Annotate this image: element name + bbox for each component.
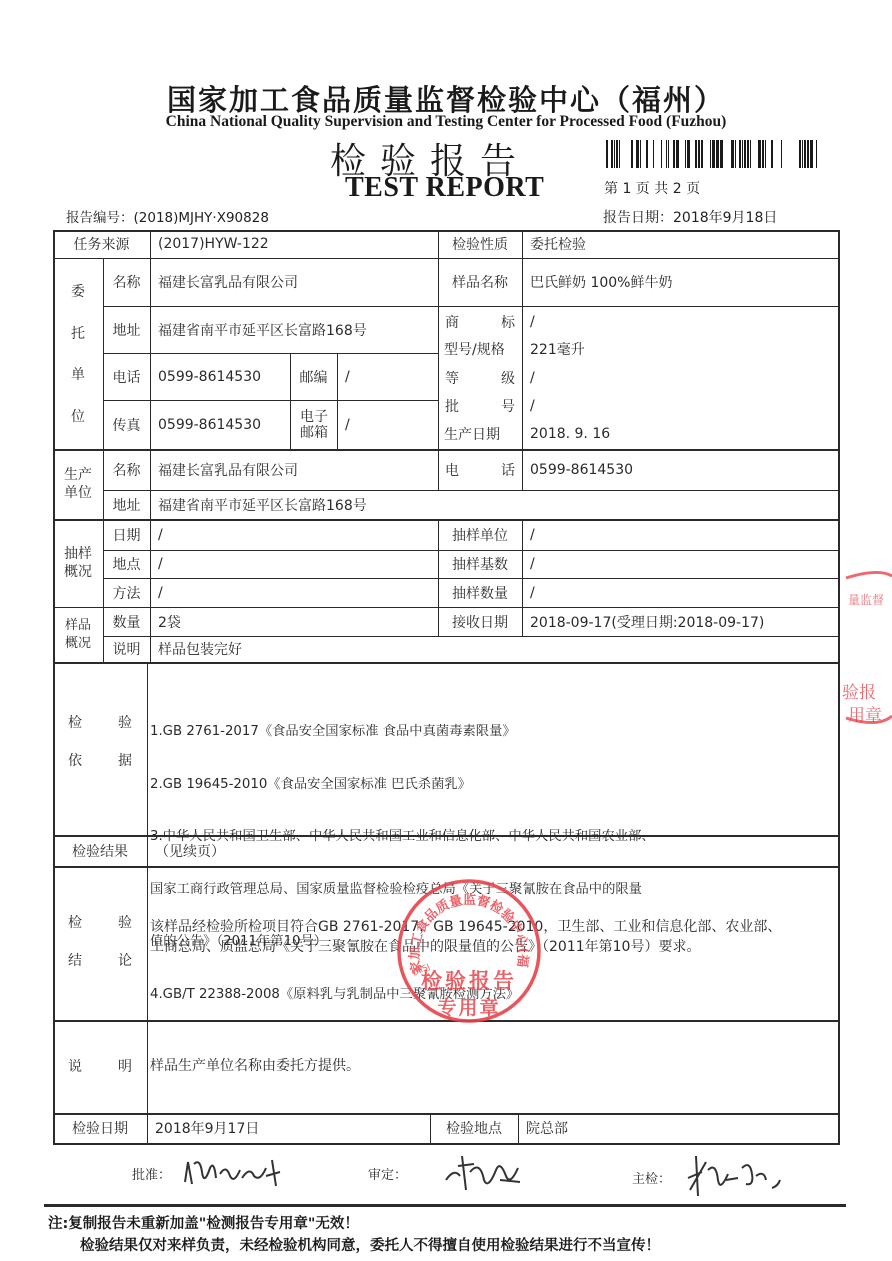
receive-date-label: 接收日期 <box>438 607 522 636</box>
model-label: 型号/规格 <box>444 337 505 361</box>
partial-seal-icon: 量监督 验报 用章 <box>838 566 892 726</box>
row-divider <box>53 662 840 664</box>
client-fax-value: 0599-8614530 <box>158 400 261 449</box>
client-postcode-label: 邮编 <box>290 353 337 400</box>
client-address-value: 福建省南平市延平区长富路168号 <box>158 306 367 353</box>
sample-quantity-value: 2袋 <box>158 607 181 636</box>
sample-note-label: 说明 <box>103 636 150 662</box>
sampling-place-label: 地点 <box>103 550 150 578</box>
sampling-unit-value: / <box>530 519 535 550</box>
client-group-char: 单 <box>71 364 85 384</box>
col-divider <box>518 1113 519 1143</box>
task-source-value: (2017)HYW-122 <box>158 230 269 258</box>
inspection-date-label: 检验日期 <box>53 1113 147 1143</box>
col-divider <box>150 230 151 662</box>
remarks-label-char: 说 <box>68 1056 82 1076</box>
inspection-place-value: 院总部 <box>526 1113 568 1143</box>
grade-value: / <box>530 366 535 390</box>
producer-phone-label-char: 电 <box>445 460 459 480</box>
client-email-value: / <box>345 400 350 449</box>
table-border-bottom <box>53 1143 840 1145</box>
report-date: 报告日期：2018年9月18日 <box>603 207 777 227</box>
conclusion-label-char: 结 <box>68 950 82 970</box>
conclusion-label-char: 检 <box>68 912 82 932</box>
svg-text:验报: 验报 <box>842 683 876 703</box>
sampling-date-label: 日期 <box>103 519 150 550</box>
trademark-value: / <box>530 310 535 334</box>
report-date-label: 报告日期： <box>603 210 673 226</box>
result-value: （见续页） <box>155 835 225 866</box>
batch-label-char: 号 <box>501 396 515 416</box>
approve-label: 批准： <box>132 1164 171 1183</box>
grade-label: 等级 <box>445 366 515 390</box>
footer-note-1: 注:复制报告未重新加盖"检测报告专用章"无效！ <box>48 1212 359 1233</box>
sampling-base-label: 抽样基数 <box>438 550 522 578</box>
model-value: 221毫升 <box>530 337 585 361</box>
sample-name-value: 巴氏鲜奶 100%鲜牛奶 <box>530 258 672 306</box>
row-divider <box>103 400 438 401</box>
producer-address-label: 地址 <box>103 490 150 519</box>
client-fax-label: 传真 <box>103 400 150 449</box>
footer-note-2: 检验结果仅对来样负责，未经检验机构同意，委托人不得擅自使用检验结果进行不当宣传！ <box>80 1234 660 1255</box>
grade-label-char: 等 <box>445 368 459 388</box>
sampling-quantity-label: 抽样数量 <box>438 578 522 607</box>
reviewer-signature-icon <box>440 1150 530 1195</box>
col-divider <box>522 230 523 491</box>
inspection-nature-value: 委托检验 <box>530 230 586 258</box>
report-date-value: 2018年9月18日 <box>673 210 777 226</box>
report-number: 报告编号：(2018)MJHY·X90828 <box>66 206 269 226</box>
client-group-char: 位 <box>71 406 85 426</box>
task-source-label: 任务来源 <box>53 230 150 258</box>
page-info: 第 1 页 共 2 页 <box>604 178 700 198</box>
sample-note-value: 样品包装完好 <box>158 636 242 662</box>
row-divider <box>438 306 840 307</box>
client-postcode-value: / <box>345 353 350 400</box>
conclusion-label: 检 验 结 论 <box>68 912 134 972</box>
grade-label-char: 级 <box>501 368 515 388</box>
sample-name-label: 样品名称 <box>438 258 522 306</box>
sampling-method-label: 方法 <box>103 578 150 607</box>
svg-text:专用章: 专用章 <box>437 996 500 1019</box>
basis-item: 3.中华人民共和国卫生部、中华人民共和国工业和信息化部、中华人民共和国农业部、 <box>150 828 655 846</box>
inspection-place-label: 检验地点 <box>430 1113 518 1143</box>
organization-name-en: China National Quality Supervision and T… <box>0 113 892 131</box>
sampling-date-value: / <box>158 519 163 550</box>
client-email-label: 电子邮箱 <box>296 400 332 449</box>
svg-text:量监督: 量监督 <box>848 592 884 607</box>
sample-overview-group-label: 样品概况 <box>53 607 103 662</box>
producer-group-label: 生产单位 <box>53 449 103 519</box>
trademark-label-char: 标 <box>501 312 515 332</box>
report-number-label: 报告编号： <box>66 210 134 226</box>
report-number-value: (2018)MJHY·X90828 <box>134 210 269 226</box>
conclusion-label-char: 验 <box>118 912 132 932</box>
basis-label-char: 验 <box>118 712 132 732</box>
document-title-en: TEST REPORT <box>345 172 544 204</box>
remarks-label-char: 明 <box>118 1056 132 1076</box>
sampling-method-value: / <box>158 578 163 607</box>
client-group-char: 委 <box>71 281 85 301</box>
producer-name-label: 名称 <box>103 449 150 490</box>
producer-phone-value: 0599-8614530 <box>530 449 633 490</box>
batch-label-char: 批 <box>445 396 459 416</box>
barcode-icon <box>606 140 818 168</box>
basis-item: 2.GB 19645-2010《食品安全国家标准 巴氏杀菌乳》 <box>150 776 655 794</box>
basis-label-char: 检 <box>68 712 82 732</box>
basis-label: 检 验 依 据 <box>68 712 134 792</box>
remarks-text: 样品生产单位名称由委托方提供。 <box>150 1052 360 1078</box>
chief-inspector-label: 主检： <box>632 1168 671 1187</box>
approver-signature-icon <box>180 1152 290 1192</box>
basis-item: 1.GB 2761-2017《食品安全国家标准 食品中真菌毒素限量》 <box>150 723 655 741</box>
chief-inspector-signature-icon <box>680 1150 790 1200</box>
producer-name-value: 福建长富乳品有限公司 <box>158 449 298 490</box>
conclusion-label-char: 论 <box>118 950 132 970</box>
basis-label-char: 据 <box>118 750 132 770</box>
col-divider <box>337 353 338 449</box>
svg-text:国家加工食品质量监督检验中心(福州): 国家加工食品质量监督检验中心(福州) <box>394 876 531 975</box>
production-date-label: 生产日期 <box>444 422 500 446</box>
client-phone-value: 0599-8614530 <box>158 353 261 400</box>
result-label: 检验结果 <box>53 835 147 866</box>
svg-text:检验报告: 检验报告 <box>421 969 517 993</box>
client-phone-label: 电话 <box>103 353 150 400</box>
remarks-label: 说 明 <box>68 1056 134 1076</box>
client-address-label: 地址 <box>103 306 150 353</box>
producer-address-value: 福建省南平市延平区长富路168号 <box>158 490 367 519</box>
batch-value: / <box>530 394 535 418</box>
sampling-quantity-value: / <box>530 578 535 607</box>
client-name-label: 名称 <box>103 258 150 306</box>
sampling-place-value: / <box>158 550 163 578</box>
sample-quantity-label: 数量 <box>103 607 150 636</box>
sampling-unit-label: 抽样单位 <box>438 519 522 550</box>
inspection-nature-label: 检验性质 <box>438 230 522 258</box>
trademark-label-char: 商 <box>445 312 459 332</box>
production-date-value: 2018. 9. 16 <box>530 422 610 446</box>
producer-phone-label: 电话 <box>445 449 515 490</box>
sampling-group-label: 抽样概况 <box>53 519 103 607</box>
client-group-label: 委 托 单 位 <box>53 258 103 449</box>
basis-label-char: 依 <box>68 750 82 770</box>
producer-phone-label-char: 话 <box>501 460 515 480</box>
client-group-char: 托 <box>71 323 85 343</box>
row-divider <box>103 353 438 354</box>
inspection-date-value: 2018年9月17日 <box>155 1113 259 1143</box>
client-name-value: 福建长富乳品有限公司 <box>158 258 298 306</box>
col-divider <box>522 519 523 636</box>
trademark-label: 商标 <box>445 310 515 334</box>
review-label: 审定： <box>368 1164 407 1183</box>
sampling-base-value: / <box>530 550 535 578</box>
receive-date-value: 2018-09-17(受理日期:2018-09-17) <box>530 607 764 636</box>
official-seal-icon: 国家加工食品质量监督检验中心(福州) 检验报告 专用章 DFSJ <box>394 876 544 1026</box>
col-divider <box>147 662 148 1143</box>
footer-divider <box>44 1204 846 1207</box>
svg-text:用章: 用章 <box>848 705 882 726</box>
batch-label: 批号 <box>445 394 515 418</box>
